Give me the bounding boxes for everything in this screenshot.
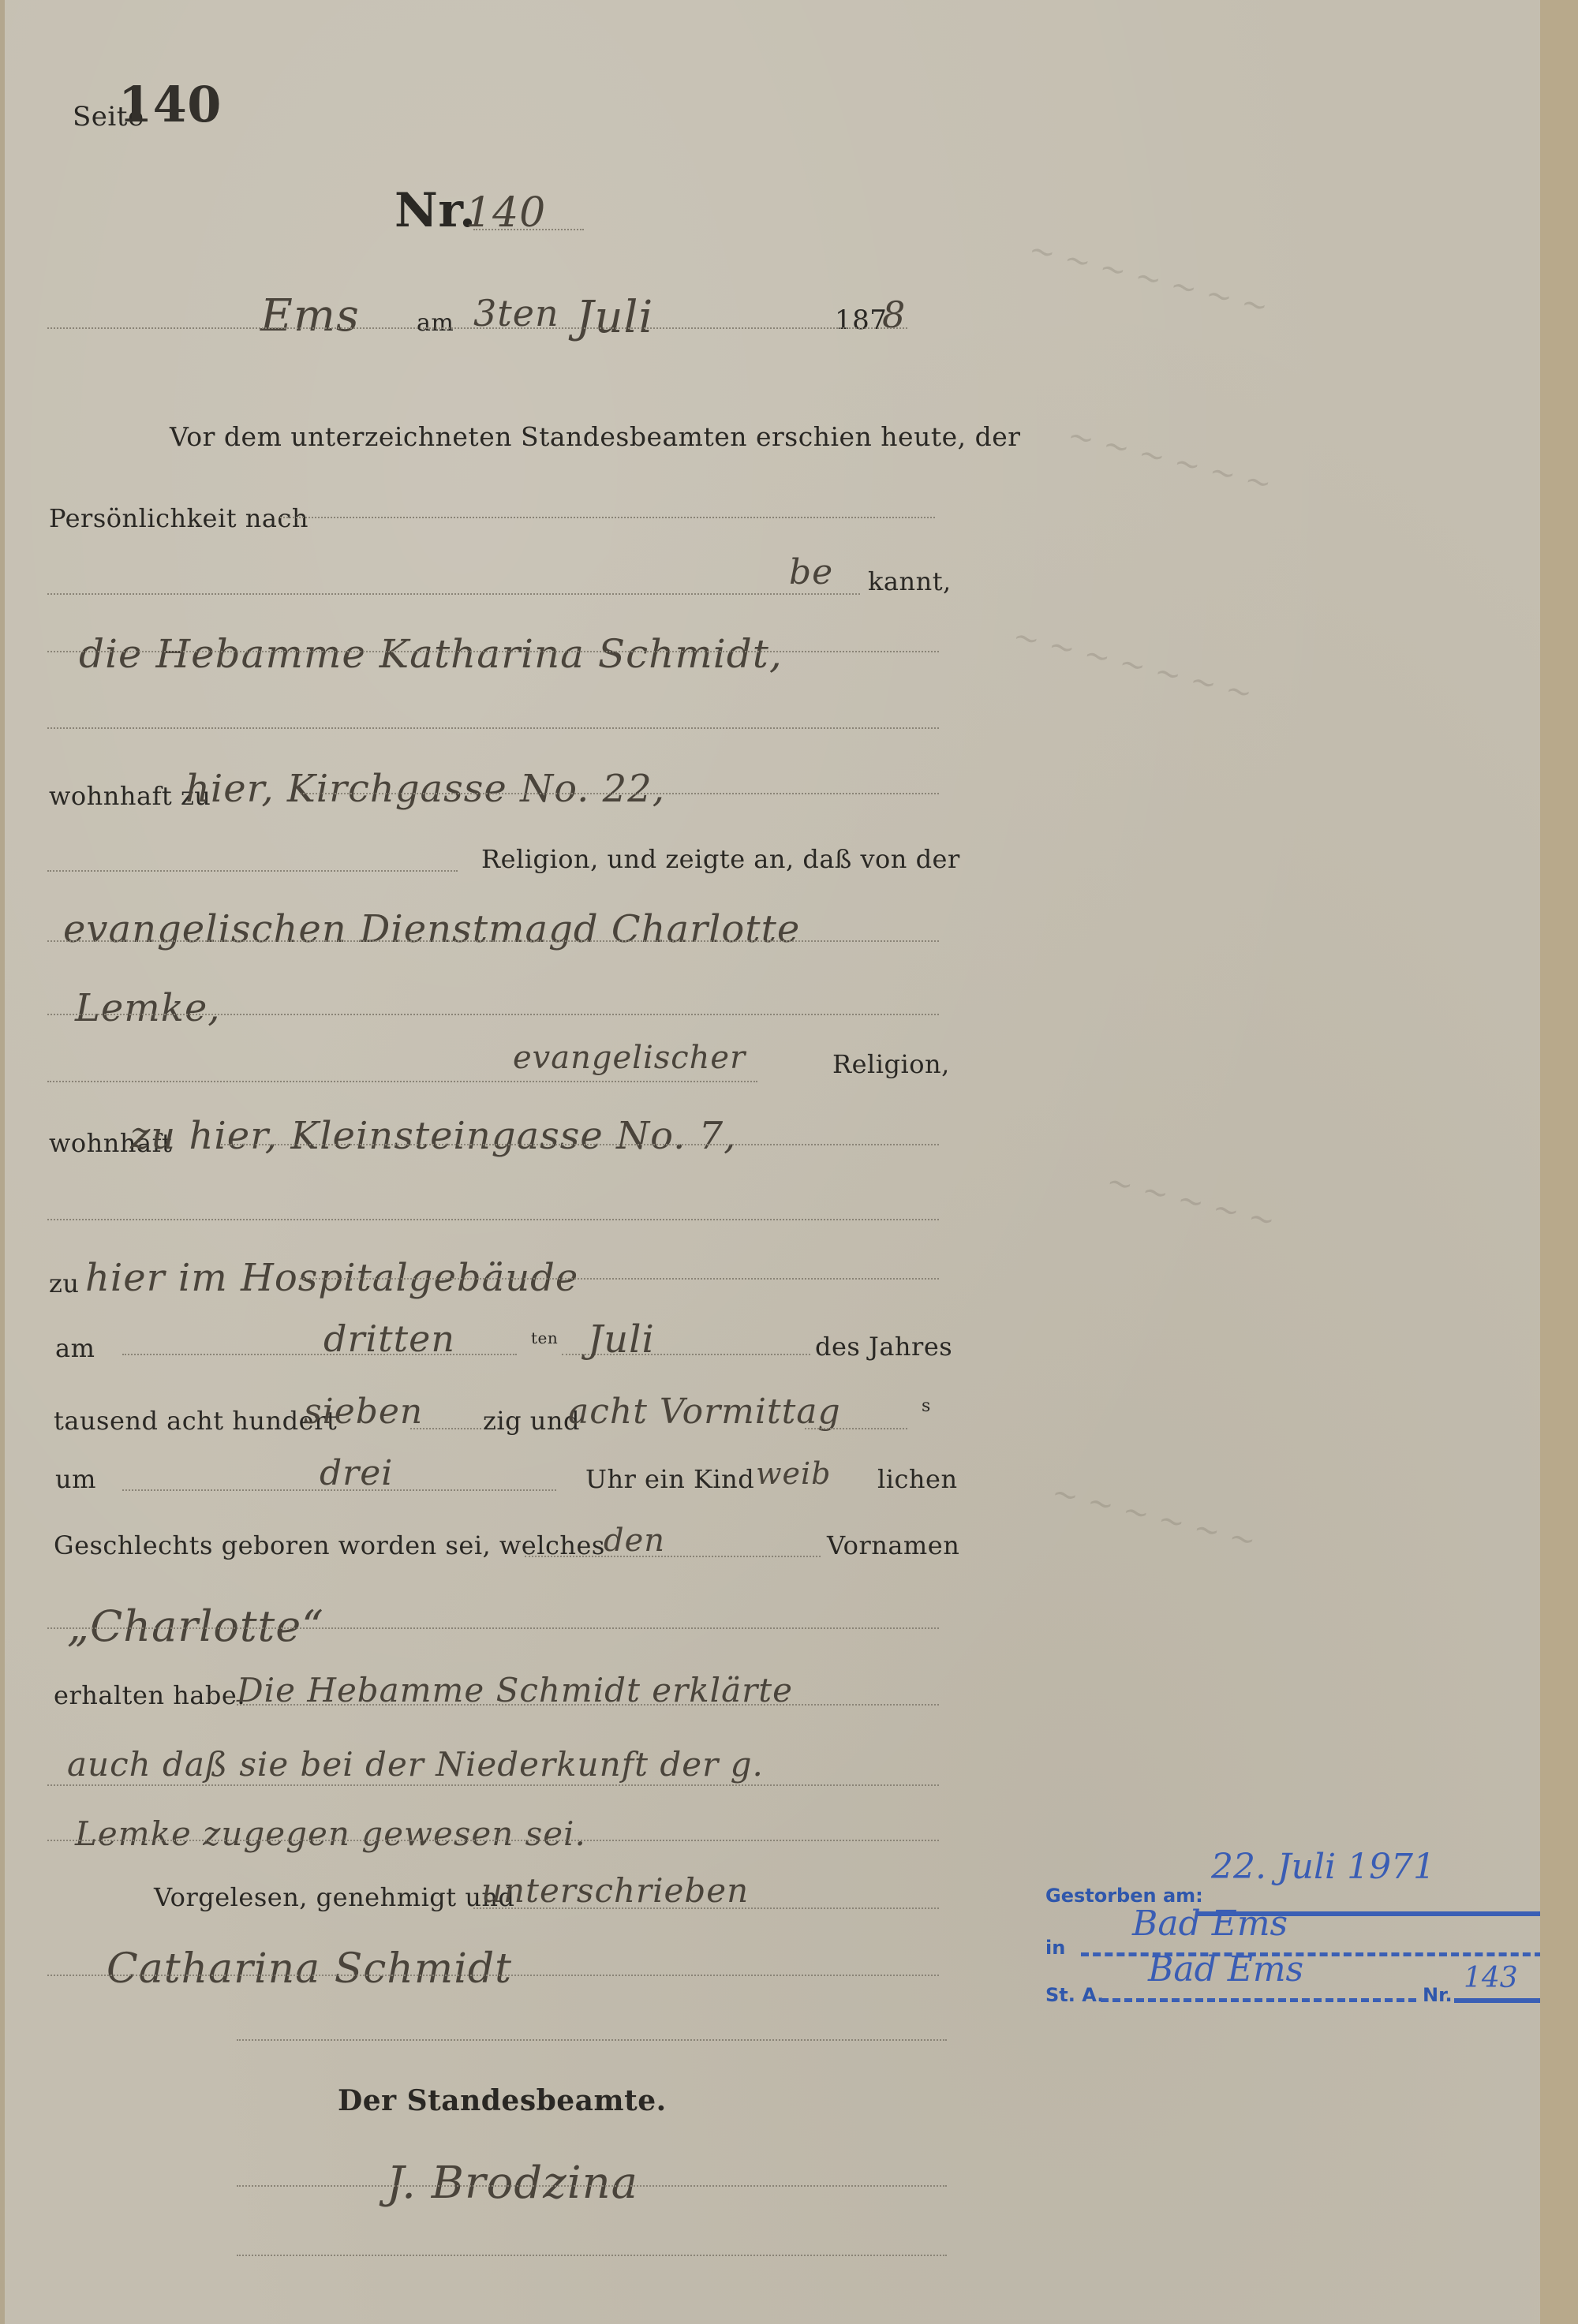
um-label: um — [55, 1464, 96, 1494]
birth-decade: sieben — [304, 1392, 423, 1432]
officer-title: Der Standesbeamte. — [338, 2084, 667, 2117]
officer-signature: J. Brodzina — [387, 2158, 638, 2209]
uhr-ein-kind-label: Uhr ein Kind — [585, 1464, 754, 1494]
child-sex: weib — [756, 1456, 832, 1491]
sta-label: St. A. — [1045, 1984, 1104, 2006]
dotted-line — [47, 1975, 939, 1976]
dotted-line — [47, 1014, 939, 1015]
geschlechts-label: Geschlechts geboren worden sei, welches — [54, 1530, 605, 1560]
des-jahres-label: des Jahres — [815, 1332, 952, 1362]
vornamen-label: Vornamen — [827, 1530, 959, 1560]
bleed-through-text: ~ ~ ~ ~ ~ ~ — [1064, 417, 1275, 503]
registry-office: Bad Ems — [1148, 1949, 1303, 1990]
mother-description-line1: evangelischen Dienstmagd Charlotte — [63, 907, 800, 951]
dotted-line — [221, 1144, 939, 1145]
birth-year-unit-and-time: acht Vormittag — [568, 1392, 841, 1432]
dotted-line — [237, 2185, 947, 2187]
s-suffix: s — [922, 1396, 931, 1416]
dotted-line — [47, 940, 939, 942]
unterschrieben-value: unterschrieben — [481, 1871, 749, 1910]
bleed-through-text: ~ ~ ~ ~ ~ ~ ~ — [1009, 618, 1256, 712]
bleed-through-text: ~ ~ ~ ~ ~ — [1103, 1163, 1279, 1239]
name-article: den — [604, 1523, 665, 1559]
dotted-line — [47, 1081, 757, 1082]
birth-day: dritten — [323, 1317, 455, 1360]
page-number: 140 — [118, 76, 222, 133]
dotted-line — [47, 870, 458, 872]
dotted-line — [237, 2039, 947, 2041]
intro-text: Vor dem unterzeichneten Standesbeamten e… — [170, 421, 1021, 452]
informant-residence: hier, Kirchgasse No. 22, — [185, 767, 665, 811]
dotted-line — [410, 1428, 481, 1429]
dotted-line — [525, 1556, 821, 1557]
registration-month: Juli — [576, 292, 653, 343]
birth-hour: drei — [320, 1453, 393, 1493]
dotted-line — [237, 2255, 947, 2256]
bleed-through-text: ~ ~ ~ ~ ~ ~ — [1048, 1474, 1259, 1560]
dotted-line — [473, 229, 584, 230]
bleed-through-text: ~ ~ ~ ~ ~ ~ ~ — [1025, 231, 1272, 326]
remarks-line3: Lemke zugegen gewesen sei. — [75, 1814, 586, 1853]
dotted-line — [47, 1219, 939, 1220]
dotted-line — [47, 593, 860, 595]
page-right-margin — [1540, 0, 1578, 2324]
death-registration-stamp: Gestorben am: 22. Juli 1971 in Bad Ems S… — [1045, 1850, 1542, 2008]
dotted-line — [805, 1428, 907, 1429]
dotted-line — [47, 651, 939, 652]
dotted-line — [237, 1704, 939, 1706]
registration-year-handwritten: 8 — [882, 293, 906, 336]
am-label: am — [417, 309, 454, 337]
birth-zu-label: zu — [49, 1268, 79, 1298]
dotted-line — [47, 1784, 939, 1786]
zig-und-label: zig und — [483, 1406, 580, 1436]
stamp-line — [1101, 1998, 1416, 2002]
birth-am-label: am — [55, 1333, 95, 1363]
lichen-label: lichen — [877, 1464, 958, 1494]
death-date: 22. Juli 1971 — [1211, 1847, 1435, 1887]
bekannt-prefix: be — [789, 552, 833, 592]
dotted-line — [300, 793, 939, 794]
nr-label: Nr. — [1423, 1984, 1453, 2006]
dotted-line — [47, 327, 907, 329]
record-label: Nr. — [394, 183, 476, 238]
mother-religion: evangelischer — [513, 1040, 746, 1076]
persoenlichkeit-label: Persönlichkeit nach — [49, 503, 308, 533]
dotted-line — [280, 517, 935, 518]
dotted-line — [473, 1907, 939, 1909]
mother-residence: zu hier, Kleinsteingasse No. 7, — [130, 1114, 736, 1158]
bekannt-label: kannt, — [868, 566, 952, 596]
vorgelesen-label: Vorgelesen, genehmigt und — [154, 1882, 515, 1912]
remarks-line2: auch daß sie bei der Niederkunft der g. — [67, 1745, 764, 1784]
erhalten-label: erhalten habe. — [54, 1680, 245, 1710]
religion-label: Religion, und zeigte an, daß von der — [481, 844, 960, 874]
in-label: in — [1045, 1937, 1065, 1959]
dotted-line — [122, 1354, 517, 1355]
mother-description-line2: Lemke, — [75, 986, 221, 1030]
tausend-label: tausend acht hundert — [54, 1406, 337, 1436]
child-given-name: „Charlotte“ — [67, 1601, 324, 1651]
dotted-line — [47, 727, 939, 729]
registry-number: 143 — [1464, 1962, 1518, 1994]
informant-signature: Catharina Schmidt — [107, 1945, 512, 1993]
registration-place: Ems — [260, 290, 360, 342]
mother-religion-label: Religion, — [832, 1049, 950, 1079]
register-page: ~ ~ ~ ~ ~ ~ ~ ~ ~ ~ ~ ~ ~ ~ ~ ~ ~ ~ ~ ~ … — [0, 0, 1540, 2324]
dotted-line — [47, 1627, 939, 1629]
stamp-line — [1454, 1998, 1542, 2003]
informant-description: die Hebamme Katharina Schmidt, — [79, 631, 783, 677]
dotted-line — [300, 1278, 939, 1280]
page-left-edge — [0, 0, 5, 2324]
death-place: Bad Ems — [1132, 1904, 1288, 1944]
registration-year-printed: 187 — [835, 305, 887, 336]
dotted-line — [47, 1840, 939, 1841]
ten-label: ten — [531, 1328, 558, 1347]
birth-month: Juli — [588, 1317, 655, 1362]
